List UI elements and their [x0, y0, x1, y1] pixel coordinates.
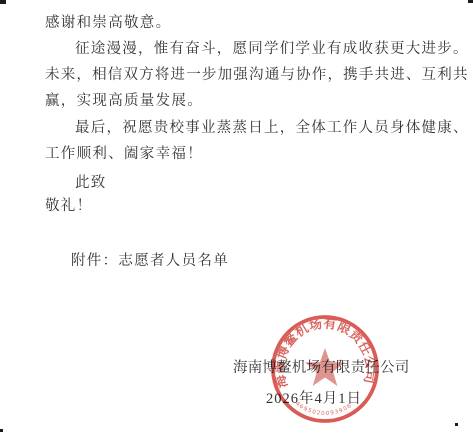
company-seal-stamp: 海南博鳌机场有限责任公司 4695020093906	[268, 312, 382, 426]
body-line-2: 征途漫漫，惟有奋斗，愿同学们学业有成收获更大进步。	[75, 37, 468, 58]
closing-cizhi: 此致	[75, 171, 107, 192]
body-line-4: 赢，实现高质量发展。	[45, 89, 203, 110]
scan-corner-mark-bottom-left	[0, 429, 3, 432]
body-line-1: 感谢和崇高敬意。	[45, 11, 171, 32]
body-line-3: 未来，相信双方将进一步加强沟通与协作，携手共进、互利共	[45, 63, 468, 84]
letter-page: 感谢和崇高敬意。 征途漫漫，惟有奋斗，愿同学们学业有成收获更大进步。 未来，相信…	[0, 0, 473, 433]
closing-jingli: 敬礼！	[45, 194, 92, 215]
scan-corner-mark-bottom-right	[455, 423, 458, 426]
scan-corner-mark-top-left	[0, 0, 6, 4]
scan-corner-mark-top-right	[468, 0, 473, 3]
body-line-6: 工作顺利、阖家幸福！	[45, 142, 203, 163]
body-line-5: 最后，祝愿贵校事业蒸蒸日上，全体工作人员身体健康、	[75, 116, 468, 137]
seal-star-icon	[305, 348, 345, 386]
attachment-line: 附件：志愿者人员名单	[71, 249, 229, 270]
